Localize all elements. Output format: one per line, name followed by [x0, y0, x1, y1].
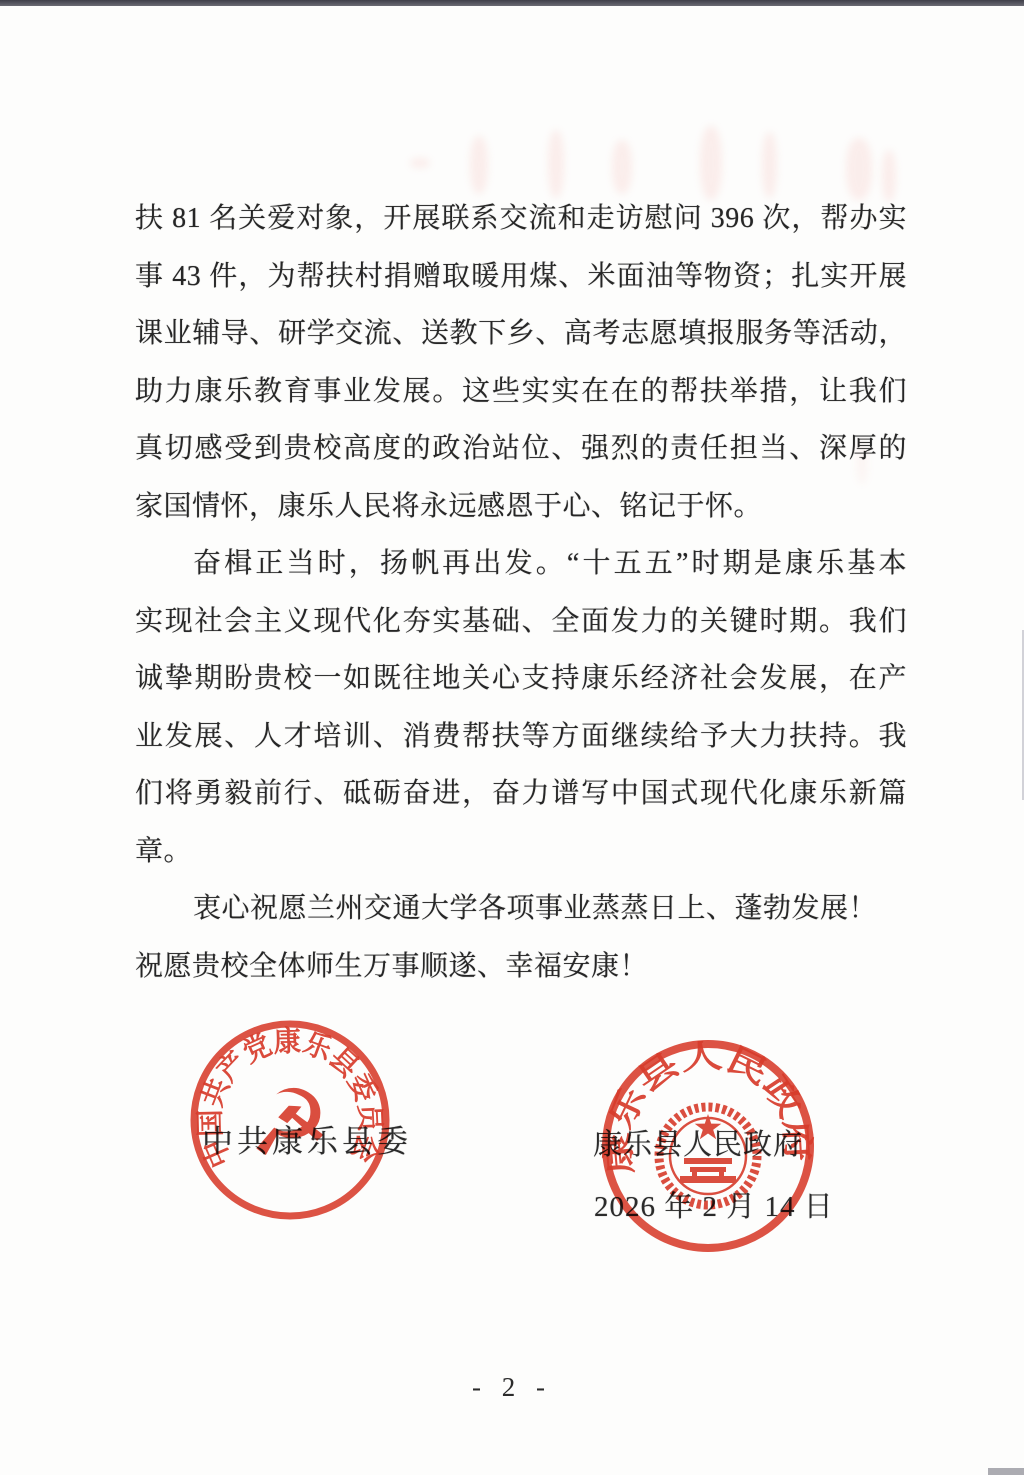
body-line: 真切感受到贵校高度的政治站位、强烈的责任担当、深厚的 — [135, 420, 907, 478]
body-line: 诚挚期盼贵校一如既往地关心支持康乐经济社会发展，在产 — [135, 650, 907, 708]
body-line: 助力康乐教育事业发展。这些实实在在的帮扶举措，让我们 — [135, 363, 907, 421]
body-line: 实现社会主义现代化夯实基础、全面发力的关键时期。我们 — [135, 593, 907, 651]
scan-edge-top — [0, 0, 1024, 6]
body-line: 家国情怀，康乐人民将永远感恩于心、铭记于怀。 — [135, 478, 907, 536]
body-line: 事 43 件，为帮扶村捐赠取暖用煤、米面油等物资；扎实开展 — [135, 248, 907, 306]
body-line: 课业辅导、研学交流、送教下乡、高考志愿填报服务等活动， — [135, 305, 907, 363]
body-line: 衷心祝愿兰州交通大学各项事业蒸蒸日上、蓬勃发展！ — [135, 880, 907, 938]
bleedthrough-mark — [470, 136, 488, 194]
body-line: 们将勇毅前行、砥砺奋进，奋力谱写中国式现代化康乐新篇 — [135, 765, 907, 823]
bleedthrough-mark — [548, 130, 564, 198]
body-line: 奋楫正当时，扬帆再出发。“十五五”时期是康乐基本 — [135, 535, 907, 593]
scanned-letter-page: 扶 81 名关爱对象，开展联系交流和走访慰问 396 次，帮办实事 43 件，为… — [0, 0, 1024, 1475]
bleedthrough-mark — [700, 126, 722, 200]
body-line: 业发展、人才培训、消费帮扶等方面继续给予大力扶持。我 — [135, 708, 907, 766]
signature-government: 康乐县人民政府 — [593, 1122, 803, 1163]
page-number: - 2 - — [0, 1372, 1024, 1403]
signature-date: 2026 年 2 月 14 日 — [594, 1184, 834, 1225]
scan-edge-bottom-right — [988, 1468, 1024, 1475]
bleedthrough-mark — [612, 140, 632, 194]
body-text: 扶 81 名关爱对象，开展联系交流和走访慰问 396 次，帮办实事 43 件，为… — [135, 190, 907, 995]
bleedthrough-mark — [410, 158, 430, 168]
body-line: 章。 — [135, 823, 907, 881]
body-line: 祝愿贵校全体师生万事顺遂、幸福安康！ — [135, 938, 907, 996]
signature-party: 中共康乐县委 — [202, 1116, 412, 1161]
body-line: 扶 81 名关爱对象，开展联系交流和走访慰问 396 次，帮办实 — [135, 190, 907, 248]
bleedthrough-mark — [762, 132, 777, 198]
